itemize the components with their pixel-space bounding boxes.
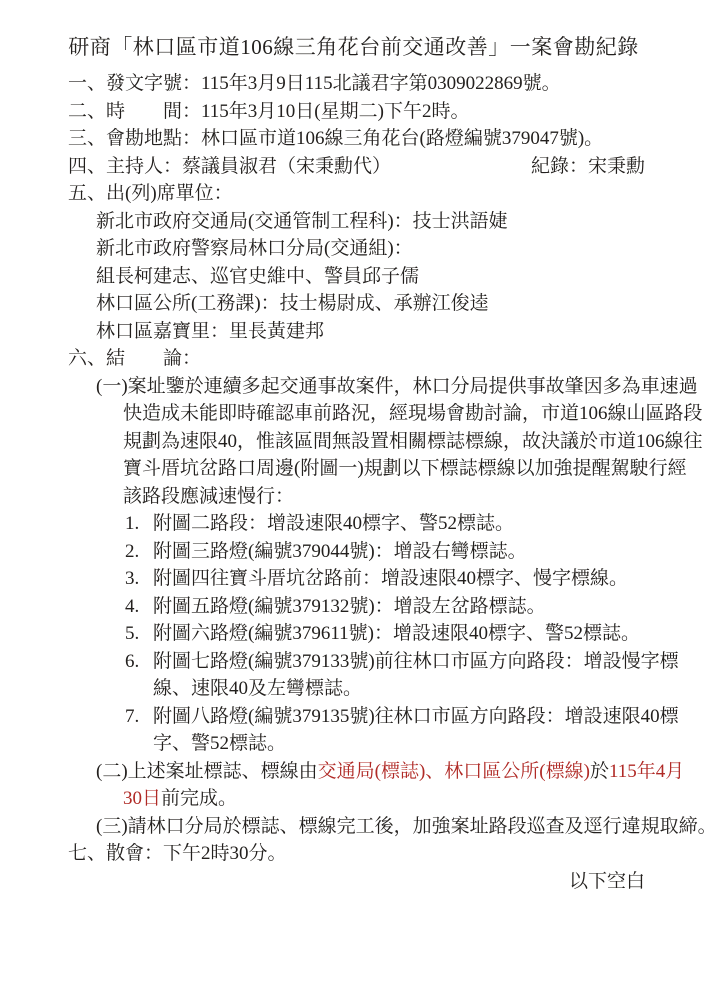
recorder-label: 紀錄：宋秉勳 xyxy=(531,153,645,181)
text-segment: 快造成未能即時確認車前路況，經現場會勘討論，市道106線山區路段 xyxy=(123,403,703,424)
text-segment: 附圖八路燈(編號379135號)往林口市區方向路段：增設速限40標 xyxy=(153,706,679,727)
text-segment: 七、散會：下午2時30分。 xyxy=(68,843,287,864)
text-segment: 附圖三路燈(編號379044號)：增設右彎標誌。 xyxy=(153,541,527,562)
text-segment: (一)案址鑒於連續多起交通事故案件，林口分局提供事故肇因多為車速過 xyxy=(96,376,698,397)
text-segment: 該路段應減速慢行： xyxy=(123,486,294,507)
list-number: 5. xyxy=(125,620,153,648)
text-segment: 新北市政府交通局(交通管制工程科)：技士洪語婕 xyxy=(96,211,508,232)
text-segment: 附圖五路燈(編號379132號)：增設左岔路標誌。 xyxy=(153,596,546,617)
doc-line: 組長柯建志、巡官史維中、警員邱子儒 xyxy=(68,263,645,291)
list-number: 4. xyxy=(125,593,153,621)
text-segment: 字、警52標誌。 xyxy=(153,733,286,754)
doc-line: 3.附圖四往寶斗厝坑岔路前：增設速限40標字、慢字標線。 xyxy=(68,565,645,593)
text-segment: 新北市政府警察局林口分局(交通組)： xyxy=(96,238,413,259)
text-segment: 附圖四往寶斗厝坑岔路前：增設速限40標字、慢字標線。 xyxy=(153,568,628,589)
doc-line: 快造成未能即時確認車前路況，經現場會勘討論，市道106線山區路段 xyxy=(68,400,645,428)
text-segment: 規劃為速限40，惟該區間無設置相關標誌標線，故決議於市道106線往 xyxy=(123,431,703,452)
doc-line: 四、主持人：蔡議員淑君（宋秉勳代）紀錄：宋秉勳 xyxy=(68,153,645,181)
text-segment: (三)請林口分局於標誌、標線完工後，加強案址路段巡查及逕行違規取締。 xyxy=(96,816,707,837)
doc-line: 30日前完成。 xyxy=(68,785,645,813)
text-segment: 附圖二路段：增設速限40標字、警52標誌。 xyxy=(153,513,514,534)
doc-line: 新北市政府交通局(交通管制工程科)：技士洪語婕 xyxy=(68,208,645,236)
doc-line: 二、時 間：115年3月10日(星期二)下午2時。 xyxy=(68,98,645,126)
doc-line: 1.附圖二路段：增設速限40標字、警52標誌。 xyxy=(68,510,645,538)
text-segment: 前完成。 xyxy=(161,788,237,809)
doc-line: 4.附圖五路燈(編號379132號)：增設左岔路標誌。 xyxy=(68,593,645,621)
red-text-segment: 30日 xyxy=(123,788,161,809)
text-segment: 林口區嘉寶里：里長黃建邦 xyxy=(96,321,324,342)
doc-line: 五、出(列)席單位： xyxy=(68,180,645,208)
doc-line: 七、散會：下午2時30分。 xyxy=(68,840,645,868)
text-segment: 一、發文字號：115年3月9日115北議君字第0309022869號。 xyxy=(68,73,561,94)
document-page: 研商「林口區市道106線三角花台前交通改善」一案會勘紀錄 一、發文字號：115年… xyxy=(0,0,707,1000)
doc-line: 規劃為速限40，惟該區間無設置相關標誌標線，故決議於市道106線往 xyxy=(68,428,645,456)
doc-line: 5.附圖六路燈(編號379611號)：增設速限40標字、警52標誌。 xyxy=(68,620,645,648)
doc-line: 以下空白 xyxy=(68,868,645,896)
doc-line: 一、發文字號：115年3月9日115北議君字第0309022869號。 xyxy=(68,70,645,98)
doc-line: 7.附圖八路燈(編號379135號)往林口市區方向路段：增設速限40標 xyxy=(68,703,645,731)
text-segment: 組長柯建志、巡官史維中、警員邱子儒 xyxy=(96,266,419,287)
doc-line: 6.附圖七路燈(編號379133號)前往林口市區方向路段：增設慢字標 xyxy=(68,648,645,676)
doc-line: 三、會勘地點：林口區市道106線三角花台(路燈編號379047號)。 xyxy=(68,125,645,153)
doc-line: 2.附圖三路燈(編號379044號)：增設右彎標誌。 xyxy=(68,538,645,566)
text-segment: 附圖六路燈(編號379611號)：增設速限40標字、警52標誌。 xyxy=(153,623,640,644)
doc-line: 林口區嘉寶里：里長黃建邦 xyxy=(68,318,645,346)
doc-line: 線、速限40及左彎標誌。 xyxy=(68,675,645,703)
doc-line: 六、結 論： xyxy=(68,345,645,373)
doc-line: (三)請林口分局於標誌、標線完工後，加強案址路段巡查及逕行違規取締。 xyxy=(68,813,645,841)
doc-line: (二)上述案址標誌、標線由交通局(標誌)、林口區公所(標線)於115年4月 xyxy=(68,758,645,786)
text-segment: 於 xyxy=(590,761,609,782)
text-segment: 二、時 間：115年3月10日(星期二)下午2時。 xyxy=(68,101,469,122)
text-segment: 六、結 論： xyxy=(68,348,201,369)
text-segment: 寶斗厝坑岔路口周邊(附圖一)規劃以下標誌標線以加強提醒駕駛行經 xyxy=(123,458,687,479)
text-segment: 五、出(列)席單位： xyxy=(68,183,233,204)
list-number: 2. xyxy=(125,538,153,566)
doc-line: 林口區公所(工務課)：技士楊尉成、承辦江俊逵 xyxy=(68,290,645,318)
list-number: 7. xyxy=(125,703,153,731)
list-number: 1. xyxy=(125,510,153,538)
doc-line: 寶斗厝坑岔路口周邊(附圖一)規劃以下標誌標線以加強提醒駕駛行經 xyxy=(68,455,645,483)
list-number: 3. xyxy=(125,565,153,593)
doc-line: (一)案址鑒於連續多起交通事故案件，林口分局提供事故肇因多為車速過 xyxy=(68,373,645,401)
doc-line: 字、警52標誌。 xyxy=(68,730,645,758)
list-number: 6. xyxy=(125,648,153,676)
document-title: 研商「林口區市道106線三角花台前交通改善」一案會勘紀錄 xyxy=(0,33,707,61)
red-text-segment: 交通局(標誌)、林口區公所(標線) xyxy=(318,761,590,782)
doc-line: 該路段應減速慢行： xyxy=(68,483,645,511)
text-segment: 線、速限40及左彎標誌。 xyxy=(153,678,362,699)
document-body: 一、發文字號：115年3月9日115北議君字第0309022869號。二、時 間… xyxy=(68,70,645,895)
red-text-segment: 115年4月 xyxy=(609,761,684,782)
text-segment: 以下空白 xyxy=(569,871,645,892)
text-segment: (二)上述案址標誌、標線由 xyxy=(96,761,318,782)
text-segment: 附圖七路燈(編號379133號)前往林口市區方向路段：增設慢字標 xyxy=(153,651,679,672)
text-segment: 林口區公所(工務課)：技士楊尉成、承辦江俊逵 xyxy=(96,293,489,314)
doc-line: 新北市政府警察局林口分局(交通組)： xyxy=(68,235,645,263)
text-segment: 三、會勘地點：林口區市道106線三角花台(路燈編號379047號)。 xyxy=(68,128,603,149)
text-segment: 四、主持人：蔡議員淑君（宋秉勳代） xyxy=(68,156,391,177)
